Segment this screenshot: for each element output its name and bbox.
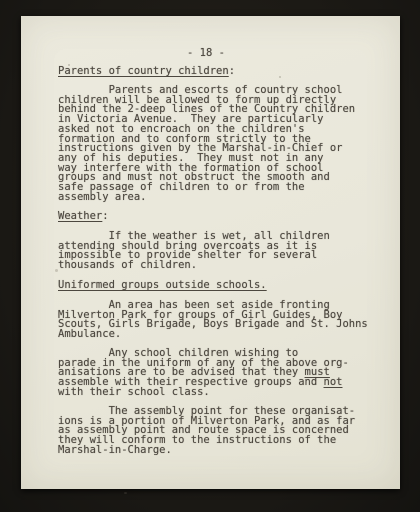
paper-speck xyxy=(68,64,70,66)
heading-suffix: : xyxy=(102,210,108,222)
section-heading-parents-of-country-children: Parents of country children: xyxy=(58,67,235,77)
document-page: - 18 - Parents of country children: Pare… xyxy=(21,16,400,489)
paper-speck xyxy=(55,269,58,272)
paragraph-milverton-park-area: An area has been set aside fronting Milv… xyxy=(58,301,368,340)
paragraph-assembly-point: The assembly point for these organisat- … xyxy=(58,407,355,456)
page-number: - 18 - xyxy=(187,49,225,59)
scanned-document-photo: { "page": { "number_label": "- 18 -", "c… xyxy=(0,0,420,512)
paragraph-weather-overcoats: If the weather is wet, all children atte… xyxy=(58,232,330,271)
paper-speck xyxy=(124,492,127,494)
paragraph-uniform-parade-rule: Any school children wishing to parade in… xyxy=(58,349,349,398)
heading-underlined-text: Parents of country children xyxy=(58,65,229,77)
heading-underlined-text: Uniformed groups outside schools. xyxy=(58,279,267,291)
paper-speck xyxy=(279,76,281,78)
section-heading-uniformed-groups: Uniformed groups outside schools. xyxy=(58,281,267,291)
section-heading-weather: Weather: xyxy=(58,212,109,222)
heading-suffix: : xyxy=(229,65,235,77)
paragraph-parents-instructions: Parents and escorts of country school ch… xyxy=(58,86,355,202)
heading-underlined-text: Weather xyxy=(58,210,102,222)
